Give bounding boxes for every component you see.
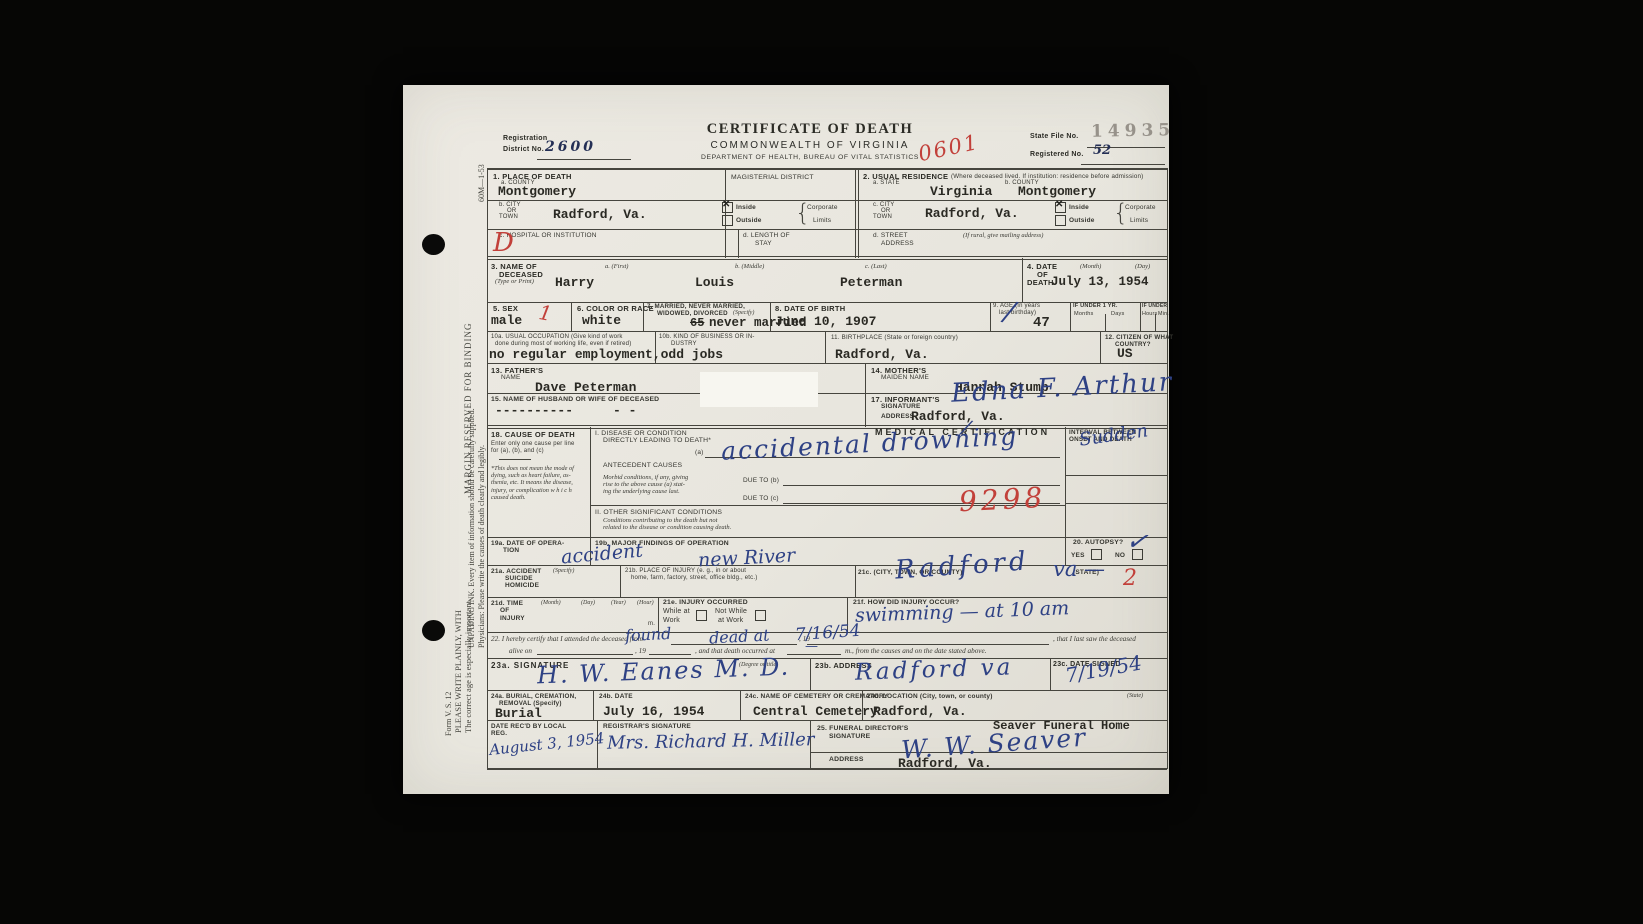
checkbox <box>1055 215 1066 226</box>
grid-line <box>487 363 1167 364</box>
certify-hw-dead-at: dead at <box>709 625 770 647</box>
injury-occurred-label: 21e. INJURY OCCURRED <box>663 599 748 606</box>
grid-line <box>740 690 741 720</box>
middle-name-value: Louis <box>695 275 734 290</box>
residence-limits-label: Limits <box>1130 217 1148 224</box>
business-label: 10b. KIND OF BUSINESS OR IN- <box>659 334 755 340</box>
birthplace-label: 11. BIRTHPLACE (State or foreign country… <box>831 334 958 341</box>
grid-line <box>865 363 866 427</box>
funeral-address-label: ADDRESS <box>829 756 864 763</box>
cemetery-location-label: 24d. LOCATION (City, town, or county) <box>867 693 993 700</box>
due-to-b-label: DUE TO (b) <box>743 477 779 484</box>
certify-line2-end: m., from the causes and on the date stat… <box>845 647 986 655</box>
grid-line <box>1081 164 1165 165</box>
middle-name-label: b. (Middle) <box>735 263 764 270</box>
cause-footnote: *This does not mean the mode of dying, s… <box>491 465 585 501</box>
occupation-value: no regular employment,odd jobs <box>489 347 723 362</box>
grid-line <box>1105 314 1106 331</box>
street-address-label: d. STREET <box>873 232 908 239</box>
not-while-label: Not While <box>715 608 747 615</box>
grid-line <box>855 565 856 597</box>
punch-hole-icon <box>422 234 445 255</box>
street-address-label2: ADDRESS <box>881 240 914 247</box>
state-file-number-stamp: 14935 <box>1091 120 1175 141</box>
grid-line <box>1065 427 1066 565</box>
age-value: 47 <box>1033 315 1050 331</box>
burial-date-value: July 16, 1954 <box>603 704 704 719</box>
homicide-label: HOMICIDE <box>505 582 539 589</box>
physician-address-value: Radford va <box>855 654 1014 686</box>
certify-line1: 22. I hereby certify that I attended the… <box>491 635 643 643</box>
other-conditions-note2: related to the disease or condition caus… <box>603 524 731 531</box>
grid-line <box>725 168 726 258</box>
grid-line <box>487 425 1167 426</box>
morbid-note3: ing the underlying cause last. <box>603 488 680 495</box>
cause-of-death-title: 18. CAUSE OF DEATH <box>491 430 575 439</box>
registration-label: Registration <box>503 135 547 142</box>
registered-no-value: 52 <box>1093 143 1111 158</box>
margin-write-plainly-line1: PLEASE WRITE PLAINLY, WITH <box>453 599 463 733</box>
red-mark-2: 2 <box>1123 566 1137 591</box>
funeral-director-label2: SIGNATURE <box>829 733 870 740</box>
grid-line <box>1050 658 1051 690</box>
grid-line <box>807 644 1049 645</box>
injury-day-label: (Day) <box>581 600 595 606</box>
spouse-name-value2: - - <box>613 403 636 418</box>
grid-line <box>1022 258 1023 302</box>
grid-line <box>487 200 1167 201</box>
usual-residence-note: (Where deceased lived. If institution: r… <box>951 173 1143 180</box>
registrar-signature-label: REGISTRAR'S SIGNATURE <box>603 723 691 730</box>
residence-county-value: Montgomery <box>1018 184 1096 199</box>
grid-line <box>1167 168 1168 769</box>
funeral-address-value: Radford, Va. <box>898 756 992 771</box>
injury-city-handwritten: Radford <box>894 546 1030 585</box>
father-name-value: Dave Peterman <box>535 380 636 395</box>
street-address-note: (If rural, give mailing address) <box>963 232 1043 239</box>
mother-name-label2: MAIDEN NAME <box>881 374 929 381</box>
death-day-label: (Day) <box>1135 263 1150 270</box>
department-line: DEPARTMENT OF HEALTH, BUREAU OF VITAL ST… <box>685 154 935 161</box>
place-of-injury-handwritten: new River <box>697 544 795 571</box>
due-to-c-label: DUE TO (c) <box>743 495 779 502</box>
grid-line <box>487 168 488 769</box>
citizen-value: US <box>1117 346 1133 361</box>
certificate-title: CERTIFICATE OF DEATH <box>690 121 930 138</box>
other-conditions-note1: Conditions contributing to the death but… <box>603 517 717 524</box>
state-file-label: State File No. <box>1030 133 1079 140</box>
residence-outside-label: Outside <box>1069 217 1095 224</box>
margin-unfading-ink-line1: UNFADING INK. Every item of information … <box>467 408 477 648</box>
grid-line <box>487 690 1167 691</box>
date-signed-value: 7/19/54 <box>1064 650 1144 687</box>
registrar-signature-value: Mrs. Richard H. Miller <box>607 729 815 754</box>
grid-line <box>487 768 1167 770</box>
grid-line <box>990 302 991 331</box>
date-recd-label: DATE REC'D BY LOCAL <box>491 723 566 730</box>
grid-line <box>499 459 531 460</box>
sex-value: male <box>491 313 522 328</box>
cemetery-state-note: (State) <box>1127 693 1143 699</box>
checkbox <box>722 215 733 226</box>
registered-no-label: Registered No. <box>1030 151 1084 158</box>
sex-red-mark: 1 <box>537 300 554 326</box>
first-name-label: a. (First) <box>605 263 628 270</box>
injury-state-handwritten: va — <box>1053 557 1105 581</box>
color-race-value: white <box>582 313 621 328</box>
grid-line <box>1065 503 1167 504</box>
last-name-label: c. (Last) <box>865 263 887 270</box>
grid-line <box>537 654 633 655</box>
place-corporate-label: Corporate <box>807 204 838 211</box>
disease-label2: DIRECTLY LEADING TO DEATH* <box>603 437 711 444</box>
birthplace-value: Radford, Va. <box>835 347 929 362</box>
checkbox <box>696 610 707 621</box>
margin-form-number: Form V. S. 12 <box>444 692 453 736</box>
punch-hole-icon <box>422 620 445 641</box>
grid-line <box>810 658 811 690</box>
grid-line <box>855 168 856 258</box>
grid-line <box>487 302 1167 303</box>
injury-year-label: (Year) <box>611 600 626 606</box>
residence-inside-checkbox-mark: ✕ <box>1055 199 1063 210</box>
date-of-birth-value: June 10, 1907 <box>775 314 876 329</box>
funeral-director-label: 25. FUNERAL DIRECTOR'S <box>817 725 909 732</box>
type-or-print-note: (Type or Print) <box>495 278 534 285</box>
place-of-injury-label2: home, farm, factory, street, office bldg… <box>631 575 757 581</box>
citizen-label: 12. CITIZEN OF WHAT <box>1105 334 1173 341</box>
grid-line <box>1140 302 1141 331</box>
residence-city-label-town: TOWN <box>873 214 892 220</box>
death-certificate-document: 60M—1-53 MARGIN RESERVED FOR BINDING PLE… <box>403 85 1169 794</box>
not-while-label2: at Work <box>718 617 743 624</box>
age-label: 9. AGE (In years <box>993 303 1040 309</box>
suicide-label: SUICIDE <box>505 575 533 582</box>
grid-line <box>1070 302 1071 331</box>
commonwealth-subtitle: COMMONWEALTH OF VIRGINIA <box>685 140 935 151</box>
date-recd-label2: REG. <box>491 730 507 737</box>
burial-value: Burial <box>495 706 542 721</box>
grid-line <box>487 331 1167 332</box>
grid-line <box>738 229 739 258</box>
marital-strikeout: 65 <box>690 316 704 330</box>
cemetery-value: Central Cemetery <box>753 704 878 719</box>
residence-corporate-label: Corporate <box>1125 204 1156 211</box>
under-1yr-days-label: Days <box>1111 311 1125 317</box>
place-limits-label: Limits <box>813 217 831 224</box>
morbid-note2: rise to the above cause (a) stat- <box>603 481 685 488</box>
checkbox <box>755 610 766 621</box>
time-of-injury-label: 21d. TIME <box>491 600 523 607</box>
grid-line <box>593 690 594 720</box>
place-county-value: Montgomery <box>498 184 576 199</box>
autopsy-no-checkmark: ✓ <box>1124 526 1150 559</box>
burial-date-label: 24b. DATE <box>599 693 633 700</box>
place-city-label-town: TOWN <box>499 214 518 220</box>
margin-unfading-ink-line2: Physicians: Please write the causes of d… <box>477 408 487 648</box>
under-24hr-hours-label: Hours <box>1142 311 1157 317</box>
grid-line <box>825 331 826 363</box>
grid-line <box>1100 331 1101 363</box>
length-of-stay-label2: STAY <box>755 240 772 247</box>
photo-background: 60M—1-53 MARGIN RESERVED FOR BINDING PLE… <box>0 0 1643 924</box>
grid-line <box>537 159 631 160</box>
informant-signature-value: Edna F. Arthur <box>950 367 1173 409</box>
last-name-value: Peterman <box>840 275 902 290</box>
color-race-label: 6. COLOR OR RACE <box>577 304 654 313</box>
grid-line <box>620 565 621 597</box>
accident-specify-note: (Specify) <box>553 568 574 574</box>
autopsy-label: 20. AUTOPSY? <box>1073 539 1123 546</box>
redaction-box <box>700 372 818 407</box>
antecedent-causes-label: ANTECEDENT CAUSES <box>603 462 682 469</box>
cause-note1: Enter only one cause per line <box>491 441 575 447</box>
date-of-birth-label: 8. DATE OF BIRTH <box>775 304 846 313</box>
red-code-9298: 9298 <box>958 481 1047 519</box>
place-inside-checkbox-mark: ✕ <box>722 199 730 210</box>
cause-note2: for (a), (b), and (c) <box>491 448 544 454</box>
date-of-death-value: July 13, 1954 <box>1051 275 1149 289</box>
cause-a-label: (a) <box>695 449 704 456</box>
under-24hr-label: IF UNDER 24 HRS. <box>1142 303 1167 309</box>
sex-label: 5. SEX <box>493 304 518 313</box>
certify-line1-end: , that I last saw the deceased <box>1053 635 1136 643</box>
death-month-label: (Month) <box>1080 263 1101 270</box>
grid-line <box>487 259 1167 260</box>
certify-line2-alive: alive on <box>509 647 532 655</box>
place-city-value: Radford, Va. <box>553 207 647 222</box>
marital-label: 7. MARRIED, NEVER MARRIED, <box>647 303 745 310</box>
accident-label: 21a. ACCIDENT <box>491 568 541 575</box>
spouse-name-value: ---------- <box>495 403 573 418</box>
grid-line <box>487 256 1167 257</box>
residence-inside-label: Inside <box>1069 204 1089 211</box>
under-1yr-label: IF UNDER 1 YR. <box>1073 303 1118 309</box>
place-outside-label: Outside <box>736 217 762 224</box>
district-no-label: District No. <box>503 146 544 153</box>
grid-line <box>1065 475 1167 476</box>
cemetery-location-value: Radford, Va. <box>873 704 967 719</box>
certify-hw-dash: — <box>805 639 818 654</box>
other-conditions-label: II. OTHER SIGNIFICANT CONDITIONS <box>595 509 722 516</box>
certify-hw-found: found <box>625 624 672 645</box>
date-of-operation-label2: TION <box>503 547 519 554</box>
margin-print-code: 60M—1-53 <box>477 164 486 202</box>
time-of-injury-label3: INJURY <box>500 615 525 622</box>
certify-line2-19: , 19 <box>635 647 646 655</box>
under-24hr-min-label: Min. <box>1158 311 1169 317</box>
business-label2: DUSTRY <box>671 341 697 347</box>
under-1yr-months-label: Months <box>1074 311 1094 317</box>
grid-line <box>649 654 691 655</box>
grid-line <box>787 654 841 655</box>
hospital-red-mark: D <box>493 228 514 258</box>
burial-label: 24a. BURIAL, CREMATION, <box>491 693 576 700</box>
injury-month-label: (Month) <box>541 600 561 606</box>
father-name-label2: NAME <box>501 374 521 381</box>
district-no-value: 2600 <box>545 139 596 155</box>
magisterial-district-label: MAGISTERIAL DISTRICT <box>731 174 814 181</box>
grid-line <box>487 229 1167 230</box>
grid-line <box>487 168 1167 170</box>
residence-state-label: a. STATE <box>873 180 900 186</box>
residence-state-value: Virginia <box>930 184 992 199</box>
date-of-operation-label: 19a. DATE OF OPERA- <box>491 540 564 547</box>
while-at-label: While at <box>663 608 690 615</box>
morbid-note1: Morbid conditions, if any, giving <box>603 474 688 481</box>
place-inside-label: Inside <box>736 204 756 211</box>
occupation-label: 10a. USUAL OCCUPATION (Give kind of work <box>491 334 623 340</box>
length-of-stay-label: d. LENGTH OF <box>743 232 790 239</box>
date-of-death-title3: DEATH <box>1027 278 1054 287</box>
spouse-name-label: 15. NAME OF HUSBAND OR WIFE OF DECEASED <box>491 396 659 403</box>
margin-unfading-ink-note: UNFADING INK. Every item of information … <box>467 408 487 648</box>
grid-line <box>858 168 859 258</box>
while-at-label2: Work <box>663 617 680 624</box>
informant-address-label: ADDRESS <box>881 413 914 420</box>
residence-city-value: Radford, Va. <box>925 206 1019 221</box>
time-of-injury-label2: OF <box>500 607 509 614</box>
first-name-value: Harry <box>555 275 594 290</box>
injury-hour-label: (Hour) <box>637 600 654 606</box>
disease-label: I. DISEASE OR CONDITION <box>595 430 687 437</box>
grid-line <box>571 302 572 331</box>
